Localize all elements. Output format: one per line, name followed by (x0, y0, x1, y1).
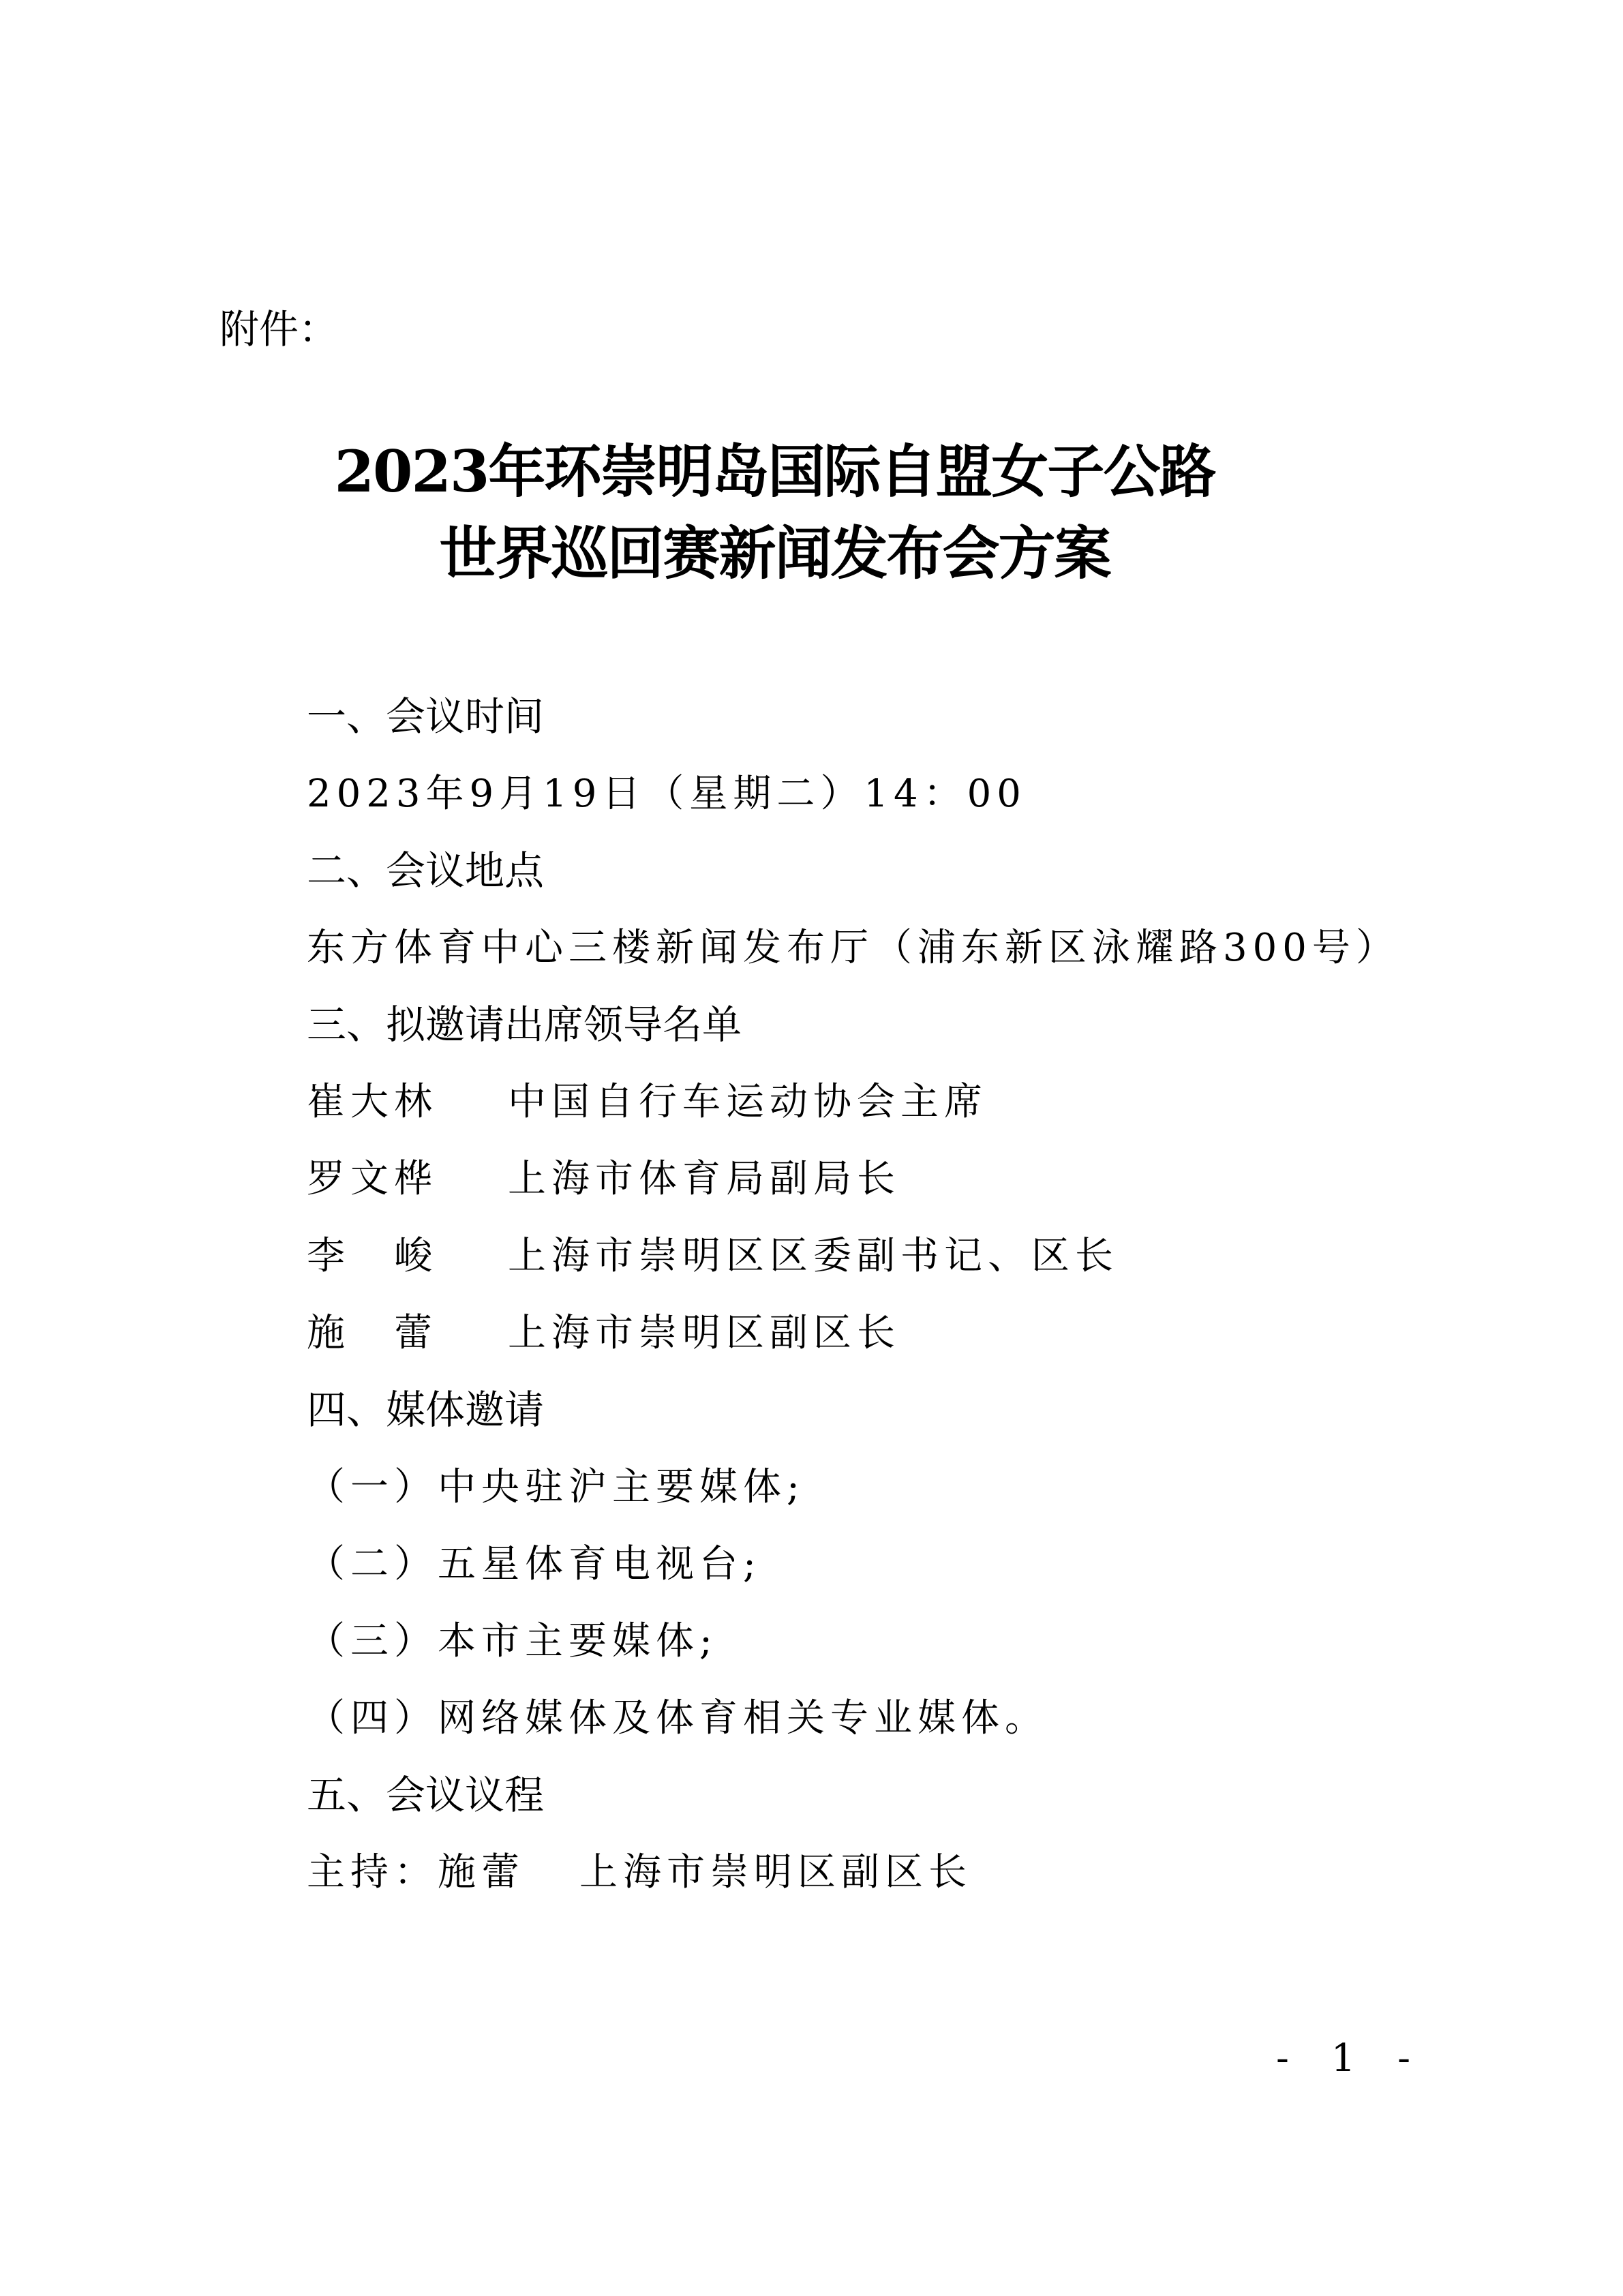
media-item: （四）网络媒体及体育相关专业媒体。 (307, 1680, 1399, 1757)
leader-name: 罗文桦 (307, 1141, 508, 1218)
section-heading-agenda: 五、会议议程 (307, 1757, 1399, 1834)
host-title: 上海市崇明区副区长 (579, 1850, 972, 1894)
document-body: 一、会议时间 2023年9月19日（星期二）14：00 二、会议地点 东方体育中… (307, 678, 1399, 1911)
section-heading-location: 二、会议地点 (307, 832, 1399, 909)
leader-name: 李 峻 (307, 1218, 508, 1295)
host-name: 主持：施蕾 (307, 1834, 579, 1911)
leader-row: 崔大林中国自行车运动协会主席 (307, 1063, 1399, 1141)
meeting-location: 东方体育中心三楼新闻发布厅（浦东新区泳耀路300号） (307, 909, 1399, 986)
section-heading-time: 一、会议时间 (307, 678, 1399, 755)
document-title-line-1: 2023年环崇明岛国际自盟女子公路 (0, 431, 1586, 513)
section-heading-media: 四、媒体邀请 (307, 1372, 1399, 1449)
leader-row: 施 蕾上海市崇明区副区长 (307, 1295, 1399, 1372)
agenda-host: 主持：施蕾上海市崇明区副区长 (307, 1834, 1399, 1911)
section-heading-leaders: 三、拟邀请出席领导名单 (307, 986, 1399, 1063)
media-item: （三）本市主要媒体; (307, 1603, 1399, 1680)
leader-title: 中国自行车运动协会主席 (508, 1080, 988, 1124)
leader-title: 上海市崇明区区委副书记、区长 (508, 1234, 1119, 1278)
page-number: - 1 - (1276, 2035, 1425, 2083)
leader-row: 罗文桦上海市体育局副局长 (307, 1141, 1399, 1218)
media-item: （一）中央驻沪主要媒体; (307, 1449, 1399, 1526)
leader-row: 李 峻上海市崇明区区委副书记、区长 (307, 1218, 1399, 1295)
leader-title: 上海市崇明区副区长 (508, 1311, 900, 1355)
leader-name: 崔大林 (307, 1063, 508, 1141)
media-item: （二）五星体育电视台; (307, 1526, 1399, 1603)
document-title-line-2: 世界巡回赛新闻发布会方案 (0, 513, 1586, 594)
leader-name: 施 蕾 (307, 1295, 508, 1372)
leader-title: 上海市体育局副局长 (508, 1157, 900, 1201)
attachment-label: 附件： (219, 305, 338, 353)
meeting-time: 2023年9月19日（星期二）14：00 (307, 755, 1399, 832)
